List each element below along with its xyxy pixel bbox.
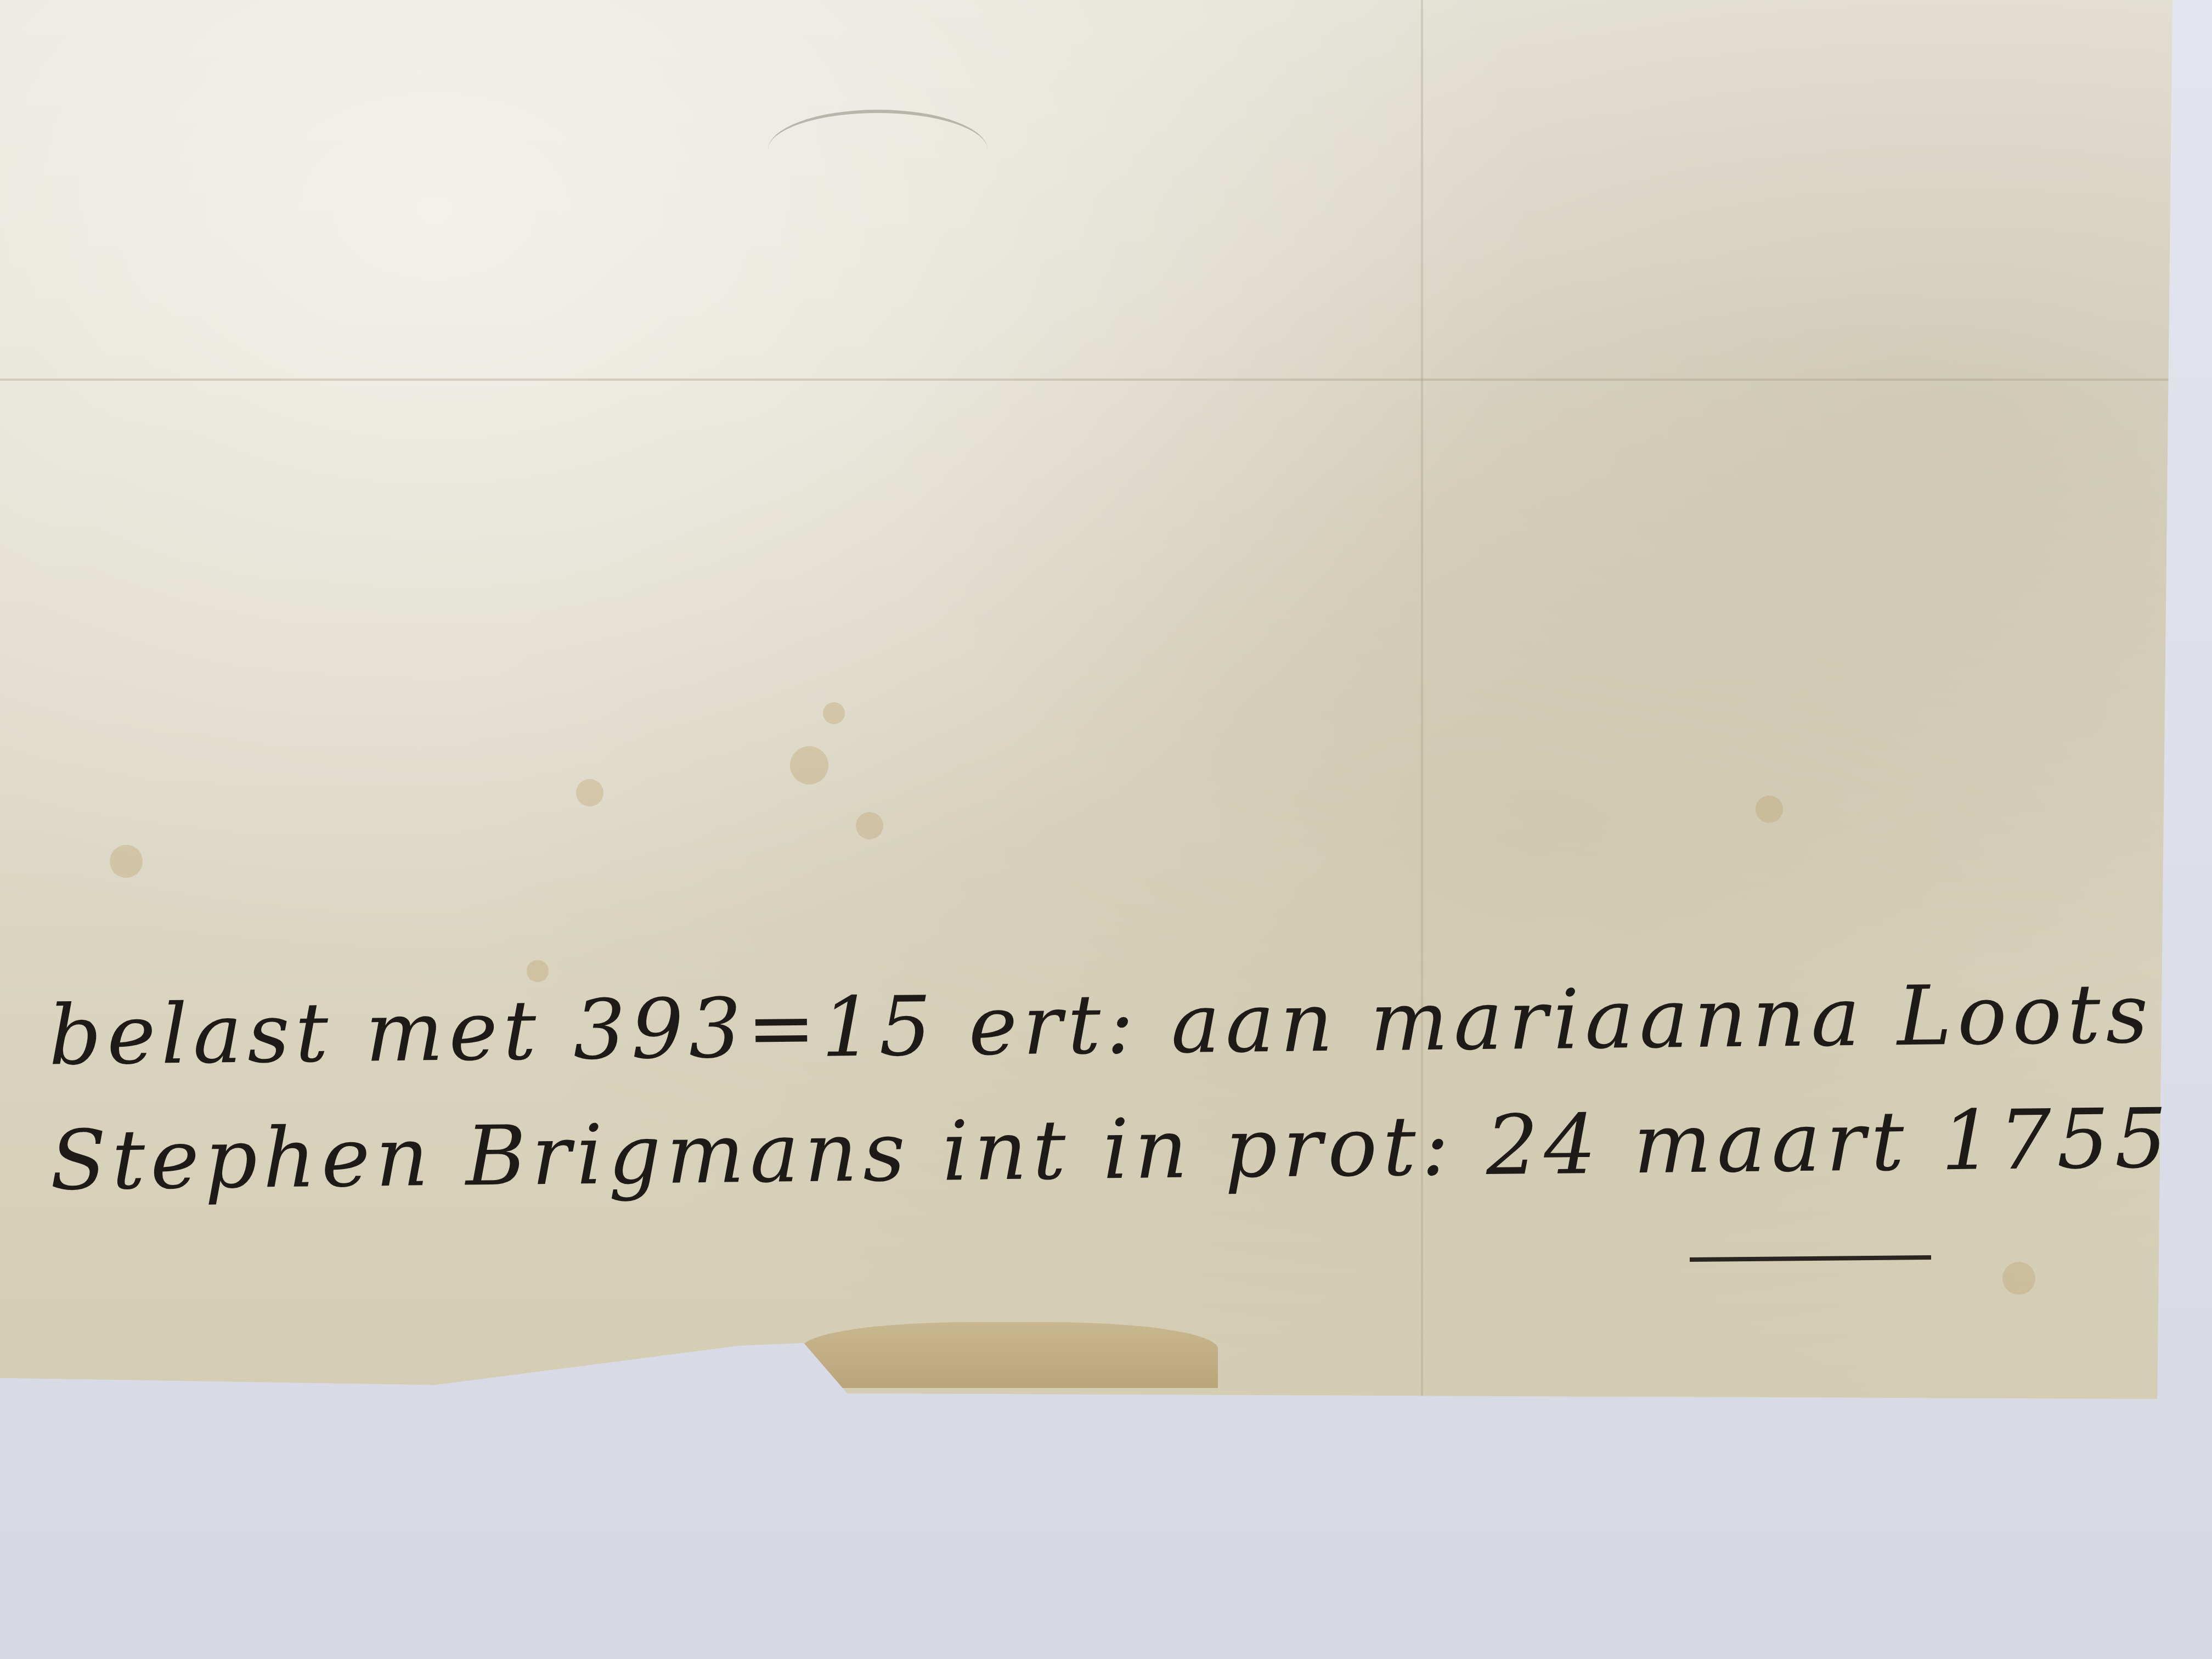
handwritten-endorsement: belast met 393=15 ert: aan mariaanna Loo… bbox=[48, 955, 2190, 1221]
foxing-stain bbox=[790, 746, 828, 785]
faint-seal-impression bbox=[768, 110, 988, 190]
horizontal-fold-line bbox=[0, 379, 2172, 381]
endorsement-line-2: Stephen Brigmans int in prot: 24 maart 1… bbox=[49, 1079, 2190, 1221]
foxing-stain bbox=[856, 812, 883, 839]
foxing-stain bbox=[823, 702, 845, 724]
foxing-stain bbox=[2002, 1262, 2035, 1295]
damaged-edge bbox=[801, 1322, 1218, 1388]
foxing-stain bbox=[1756, 795, 1783, 823]
endorsement-line-1: belast met 393=15 ert: aan mariaanna Loo… bbox=[48, 955, 2189, 1096]
foxing-stain bbox=[576, 779, 603, 806]
foxing-stain bbox=[110, 845, 143, 878]
